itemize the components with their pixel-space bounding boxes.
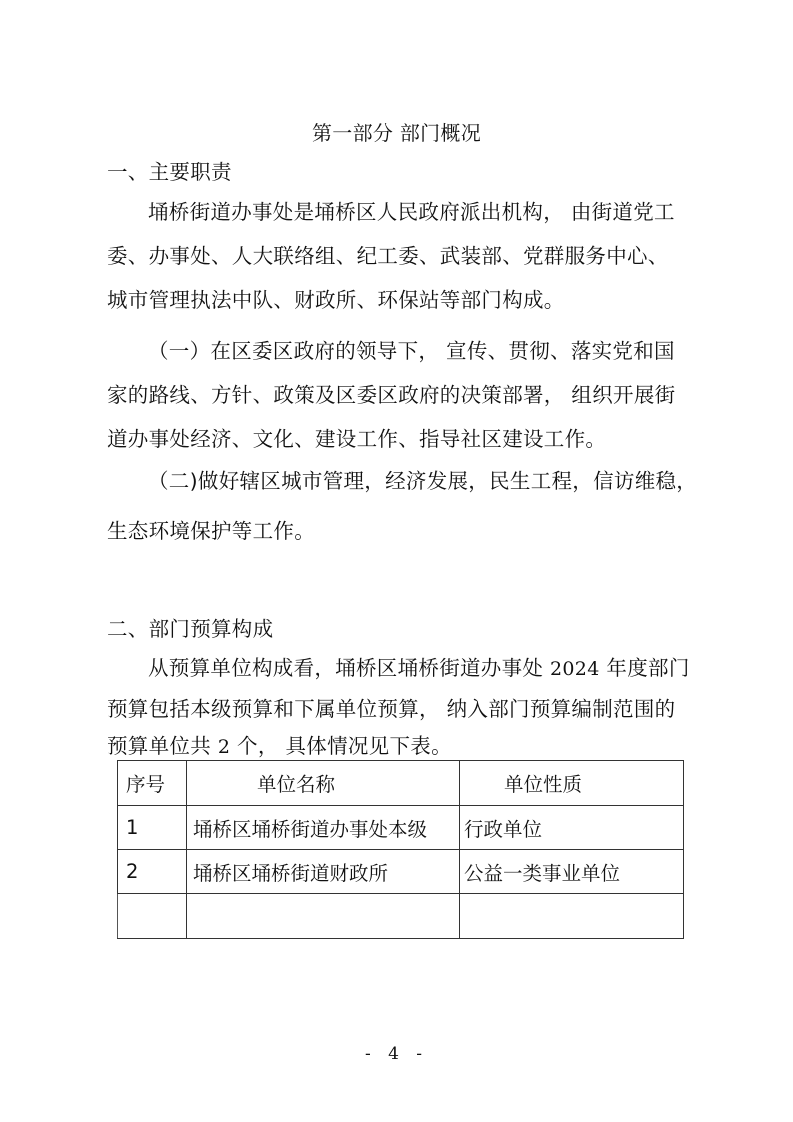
cell-unit-name — [187, 894, 460, 939]
paragraph-line: 城市管理执法中队、财政所、环保站等部门构成。 — [107, 288, 565, 312]
budget-units-table: 序号 单位名称 单位性质 1 埇桥区埇桥街道办事处本级 行政单位 2 埇桥区埇桥… — [117, 760, 684, 939]
cell-unit-nature — [460, 894, 684, 939]
header-unit-name: 单位名称 — [187, 761, 460, 806]
paragraph-line: 预算包括本级预算和下属单位预算， 纳入部门预算编制范围的 — [107, 697, 675, 721]
table-row: 1 埇桥区埇桥街道办事处本级 行政单位 — [118, 806, 684, 850]
budget-year: 2024 — [550, 658, 600, 680]
paragraph-line: 预算单位共 2 个， 具体情况见下表。 — [107, 734, 452, 759]
paragraph-line: （二)做好辖区城市管理，经济发展，民生工程，信访维稳， — [148, 469, 697, 493]
cell-unit-nature: 公益一类事业单位 — [460, 850, 684, 894]
text-run: 年度部门 — [606, 656, 689, 680]
table-row-empty — [118, 894, 684, 939]
header-index: 序号 — [118, 761, 187, 806]
section-heading-main-duties: 一、主要职责 — [107, 160, 232, 184]
cell-unit-name: 埇桥区埇桥街道办事处本级 — [187, 806, 460, 850]
cell-unit-name: 埇桥区埇桥街道财政所 — [187, 850, 460, 894]
text-run: 从预算单位构成看，埇桥区埇桥街道办事处 — [148, 656, 543, 680]
page-number: - 4 - — [0, 1044, 793, 1064]
paragraph-line: 家的路线、方针、政策及区委区政府的决策部署， 组织开展街 — [107, 383, 675, 407]
text-run: 预算单位共 — [107, 734, 211, 758]
text-run: 个， 具体情况见下表。 — [237, 734, 452, 758]
cell-index: 1 — [118, 806, 187, 850]
paragraph-line: 生态环境保护等工作。 — [107, 519, 315, 543]
section-heading-budget-composition: 二、部门预算构成 — [107, 617, 273, 641]
cell-index: 2 — [118, 850, 187, 894]
paragraph-line: 道办事处经济、文化、建设工作、指导社区建设工作。 — [107, 427, 606, 451]
header-unit-nature: 单位性质 — [460, 761, 684, 806]
unit-count: 2 — [218, 736, 230, 758]
page-title: 第一部分 部门概况 — [0, 121, 793, 145]
paragraph-line: （一）在区委区政府的领导下， 宣传、贯彻、落实党和国 — [148, 339, 675, 363]
paragraph-line: 从预算单位构成看，埇桥区埇桥街道办事处 2024 年度部门 — [148, 656, 690, 681]
cell-unit-nature: 行政单位 — [460, 806, 684, 850]
cell-index — [118, 894, 187, 939]
table-row: 2 埇桥区埇桥街道财政所 公益一类事业单位 — [118, 850, 684, 894]
paragraph-line: 委、办事处、人大联络组、纪工委、武装部、党群服务中心、 — [107, 244, 669, 268]
paragraph-line: 埇桥街道办事处是埇桥区人民政府派出机构， 由街道党工 — [148, 200, 675, 224]
table-header-row: 序号 单位名称 单位性质 — [118, 761, 684, 806]
